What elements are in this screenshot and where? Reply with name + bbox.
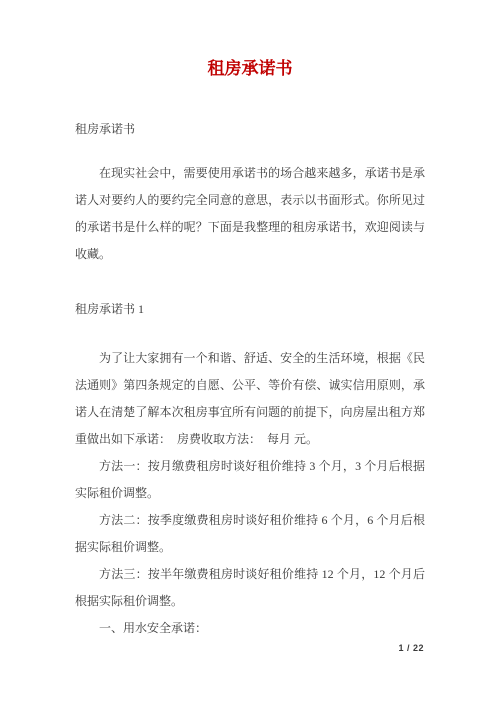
body-paragraph-5: 一、用水安全承诺： (75, 615, 425, 642)
intro-paragraph: 在现实社会中，需要使用承诺书的场合越来越多，承诺书是承诺人对要约人的要约完全同意… (75, 160, 425, 268)
body-paragraph-1: 为了让大家拥有一个和谐、舒适、安全的生活环境，根据《民法通则》第四条规定的自愿、… (75, 345, 425, 453)
intro-label: 租房承诺书 (75, 121, 425, 138)
document-page: 租房承诺书 租房承诺书 在现实社会中，需要使用承诺书的场合越来越多，承诺书是承诺… (0, 0, 500, 708)
page-number: 1 / 22 (398, 643, 424, 653)
body-paragraph-3: 方法二：按季度缴费租房时谈好租价维持 6 个月，6 个月后根据实际租价调整。 (75, 507, 425, 561)
section-label: 租房承诺书 1 (75, 301, 425, 318)
body-paragraph-2: 方法一：按月缴费租房时谈好租价维持 3 个月，3 个月后根据实际租价调整。 (75, 453, 425, 507)
document-title: 租房承诺书 (75, 0, 425, 82)
body-paragraph-4: 方法三：按半年缴费租房时谈好租价维持 12 个月，12 个月后根据实际租价调整。 (75, 561, 425, 615)
